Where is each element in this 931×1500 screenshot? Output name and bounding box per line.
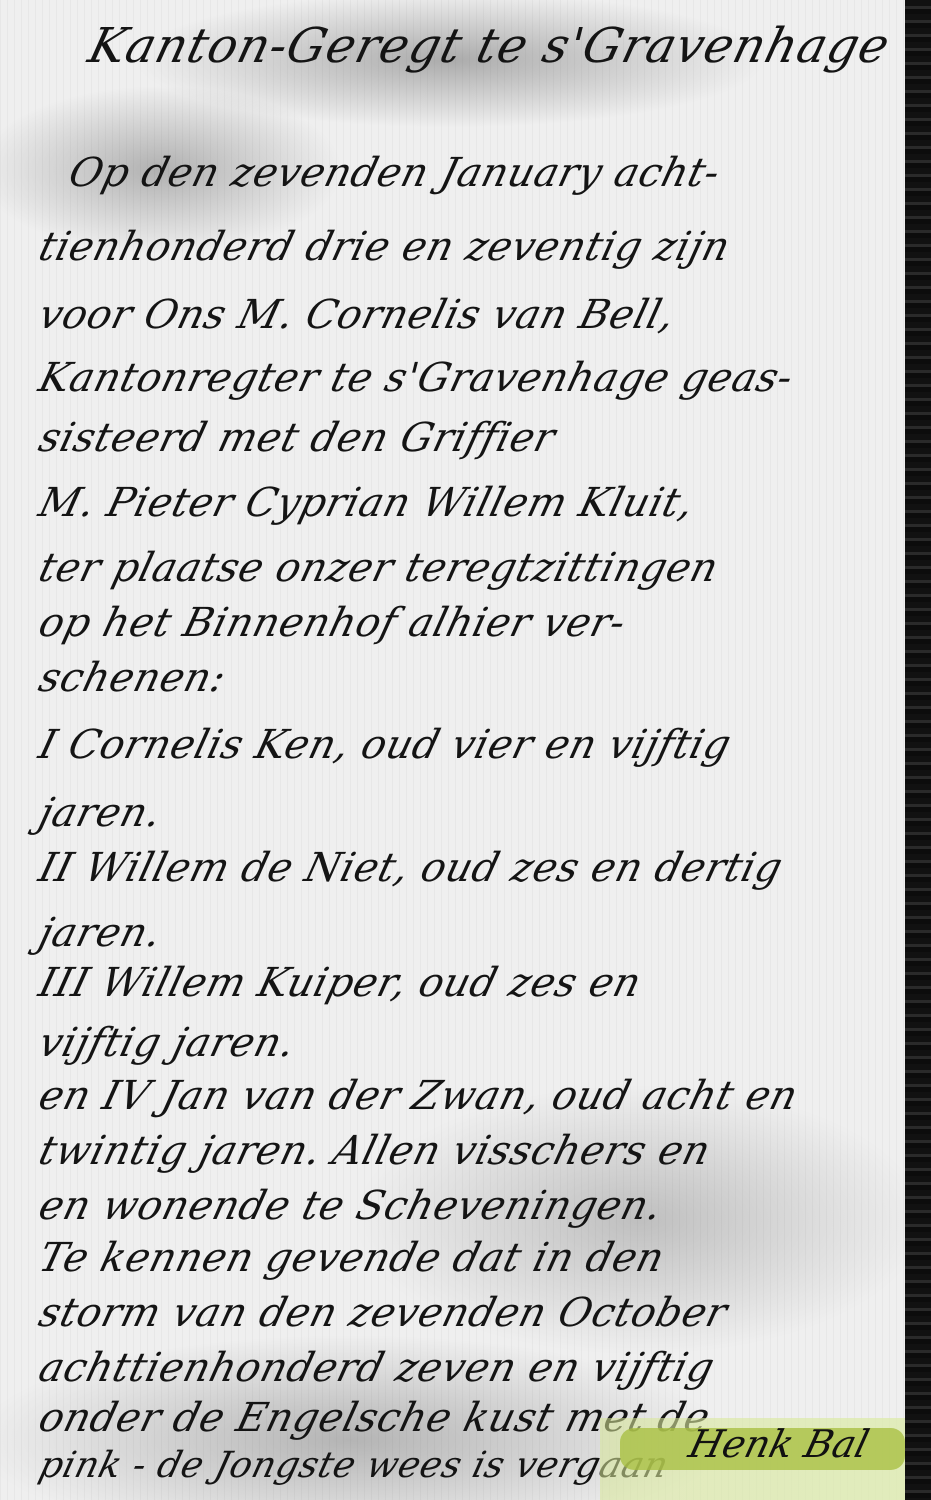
text-line: jaren. bbox=[34, 790, 166, 836]
text-line: voor Ons M. Cornelis van Bell, bbox=[34, 292, 680, 338]
witness-line-2: II Willem de Niet, oud zes en dertig bbox=[34, 845, 787, 891]
text-line: ter plaatse onzer teregtzittingen bbox=[34, 545, 723, 591]
text-line: Kantonregter te s'Gravenhage geas- bbox=[34, 355, 798, 401]
text-line: en wonende te Scheveningen. bbox=[34, 1183, 667, 1229]
text-line: M. Pieter Cyprian Willem Kluit, bbox=[34, 480, 699, 526]
text-line: twintig jaren. Allen visschers en bbox=[34, 1128, 715, 1174]
text-line: schenen: bbox=[34, 655, 231, 701]
text-line: op het Binnenhof alhier ver- bbox=[34, 600, 630, 646]
witness-line-4: en IV Jan van der Zwan, oud acht en bbox=[34, 1073, 802, 1119]
text-line: achttienhonderd zeven en vijftig bbox=[34, 1345, 719, 1391]
text-line: storm van den zevenden October bbox=[34, 1290, 732, 1336]
text-line: Te kennen gevende dat in den bbox=[34, 1235, 669, 1281]
text-line: sisteerd met den Griffier bbox=[34, 415, 560, 461]
witness-line-1: I Cornelis Ken, oud vier en vijftig bbox=[34, 722, 736, 768]
document-title: Kanton-Geregt te s'Gravenhage bbox=[83, 18, 896, 74]
text-line: Op den zevenden January acht- bbox=[64, 150, 725, 196]
document-page: Kanton-Geregt te s'Gravenhage Op den zev… bbox=[0, 0, 905, 1500]
text-line: tienhonderd drie en zeventig zijn bbox=[34, 224, 735, 270]
text-line: vijftig jaren. bbox=[34, 1020, 300, 1066]
witness-line-3: III Willem Kuiper, oud zes en bbox=[34, 960, 646, 1006]
text-line: jaren. bbox=[34, 910, 166, 956]
text-line: pink - de Jongste wees is vergaan bbox=[35, 1445, 673, 1486]
scan-edge-border bbox=[905, 0, 931, 1500]
signature: Henk Bal bbox=[685, 1422, 874, 1466]
